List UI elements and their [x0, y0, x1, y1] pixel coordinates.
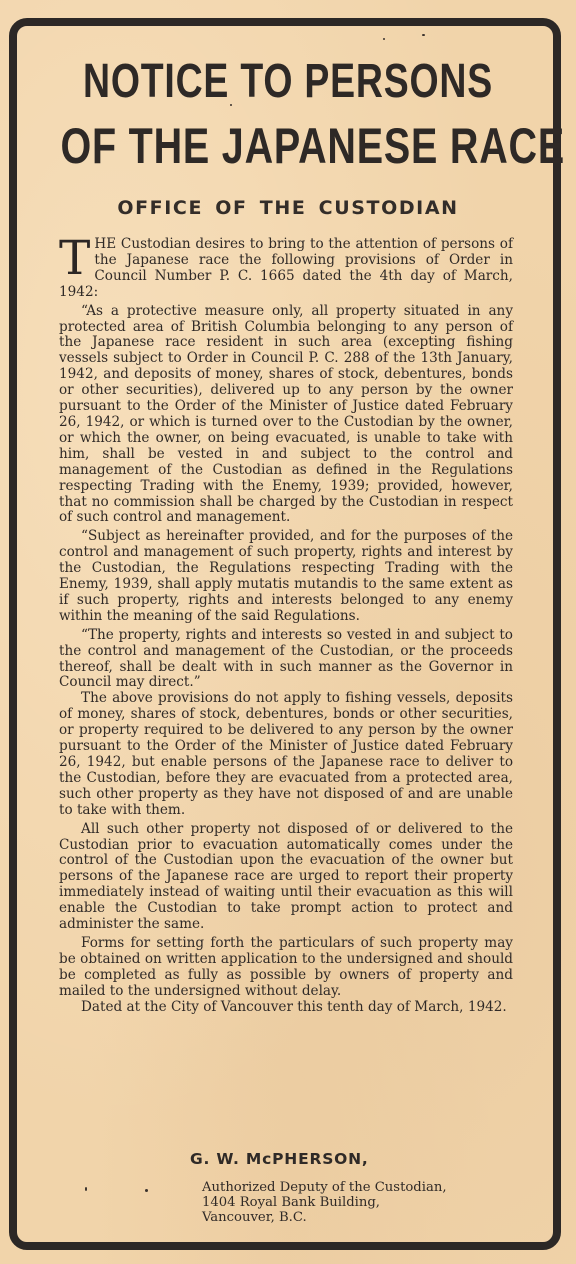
ink-speck: [145, 1189, 148, 1192]
paragraph-order-quote-3: “The property, rights and interests so v…: [59, 628, 513, 692]
ink-speck: [230, 104, 232, 106]
signatory-details: Authorized Deputy of the Custodian, 1404…: [202, 1180, 447, 1225]
ink-speck: [383, 38, 385, 40]
ink-speck: [85, 1187, 87, 1191]
headline-line-1: NOTICE TO PERSONS: [63, 54, 512, 109]
paragraph-other-property: All such other property not disposed of …: [59, 822, 513, 933]
signatory-address-line-1: 1404 Royal Bank Building,: [202, 1195, 447, 1210]
paragraph-intro-text: HE Custodian desires to bring to the att…: [59, 236, 513, 300]
headline-line-2: OF THE JAPANESE RACE: [60, 117, 515, 175]
paragraph-forms: Forms for setting forth the particulars …: [59, 936, 513, 1000]
signatory-title: Authorized Deputy of the Custodian,: [202, 1180, 447, 1195]
paragraph-dated: Dated at the City of Vancouver this tent…: [59, 1000, 513, 1016]
paragraph-exclusions: The above provisions do not apply to fis…: [59, 691, 513, 818]
paragraph-order-quote-1: “As a protective measure only, all prope…: [59, 304, 513, 527]
signatory-address-line-2: Vancouver, B.C.: [202, 1210, 447, 1225]
paragraph-intro: THE Custodian desires to bring to the at…: [59, 237, 513, 301]
office-subheading: OFFICE OF THE CUSTODIAN: [0, 197, 576, 219]
notice-body: THE Custodian desires to bring to the at…: [59, 237, 513, 1016]
drop-cap: T: [59, 240, 90, 278]
ink-speck: [422, 34, 425, 36]
signatory-name: G. W. McPHERSON,: [190, 1150, 369, 1168]
paragraph-order-quote-2: “Subject as hereinafter provided, and fo…: [59, 529, 513, 624]
